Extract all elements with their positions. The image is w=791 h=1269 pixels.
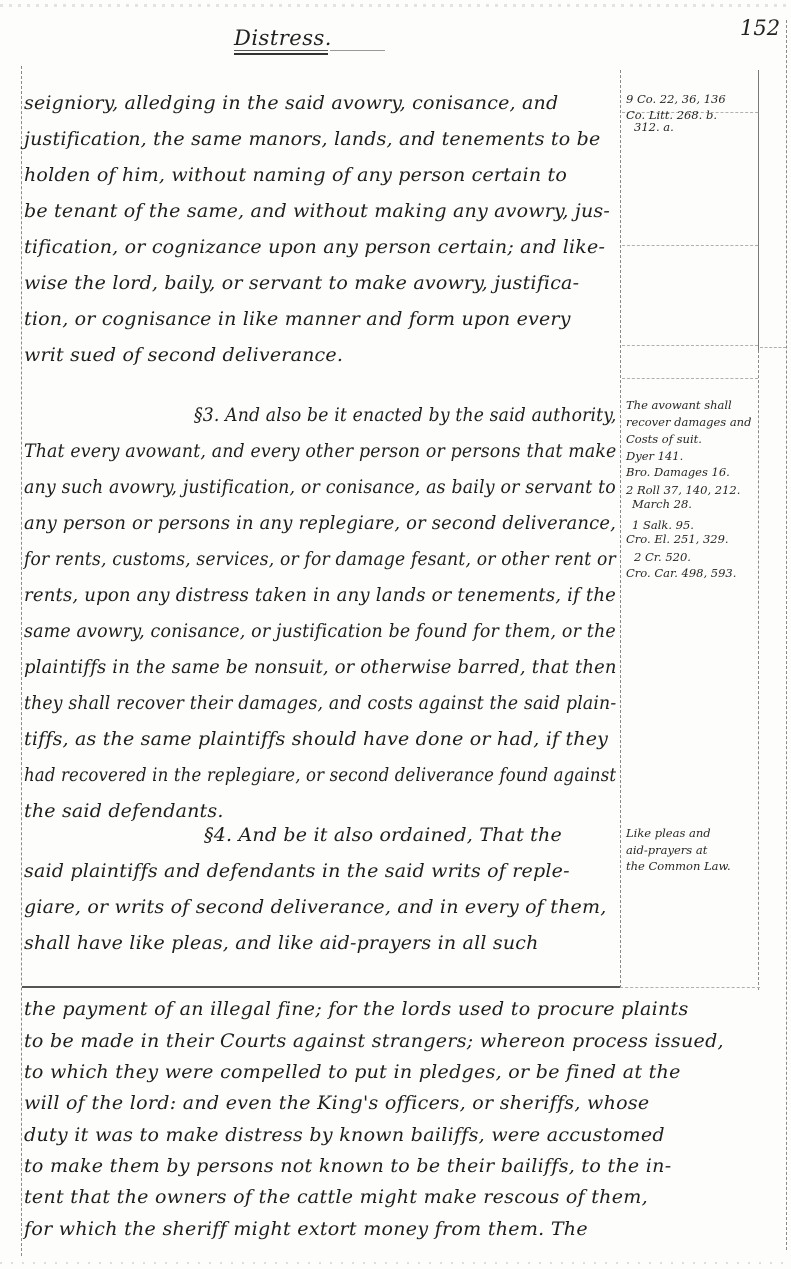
text-line: plaintiffs in the same be nonsuit, or ot… bbox=[24, 656, 617, 678]
text-line: tion, or cognisance in like manner and f… bbox=[24, 308, 571, 330]
text-line: had recovered in the replegiare, or seco… bbox=[24, 764, 616, 786]
footnote-line: to which they were compelled to put in p… bbox=[24, 1061, 681, 1083]
text-line: tification, or cognizance upon any perso… bbox=[24, 236, 605, 258]
title-underline-thin bbox=[234, 50, 328, 51]
text-line: for rents, customs, services, or for dam… bbox=[24, 548, 616, 570]
margin-note-line: Dyer 141. bbox=[626, 449, 683, 463]
text-line: wise the lord, baily, or servant to make… bbox=[24, 272, 579, 294]
scan-noise-bottom bbox=[0, 1262, 791, 1264]
scan-noise-top bbox=[0, 4, 791, 7]
text-line: rents, upon any distress taken in any la… bbox=[24, 584, 616, 606]
section-4-heading-line: §4. And be it also ordained, That the bbox=[204, 824, 562, 846]
footnote-line: for which the sheriff might extort money… bbox=[24, 1218, 588, 1240]
margin-note-line: 312. a. bbox=[634, 120, 674, 134]
footnote-line: duty it was to make distress by known ba… bbox=[24, 1124, 665, 1146]
text-line: That every avowant, and every other pers… bbox=[24, 440, 616, 462]
text-line: same avowry, conisance, or justification… bbox=[24, 620, 616, 642]
title-underline bbox=[234, 53, 328, 55]
margin-column-rule bbox=[620, 70, 621, 988]
footnote-divider bbox=[22, 986, 620, 988]
margin-ruling bbox=[622, 245, 758, 246]
margin-note-line: the Common Law. bbox=[626, 859, 731, 873]
margin-ruling bbox=[622, 378, 758, 379]
footnote-line: to make them by persons not known to be … bbox=[24, 1155, 671, 1177]
text-line: any person or persons in any replegiare,… bbox=[24, 512, 616, 534]
text-line: justification, the same manors, lands, a… bbox=[24, 128, 600, 150]
page-title: Distress. bbox=[234, 26, 332, 50]
text-line: be tenant of the same, and without makin… bbox=[24, 200, 610, 222]
footnote-divider-margin bbox=[620, 987, 760, 988]
left-margin-rule bbox=[21, 66, 22, 1256]
margin-ruling bbox=[622, 345, 758, 346]
margin-note-line: 1 Salk. 95. bbox=[632, 518, 694, 532]
margin-note-line: The avowant shall bbox=[626, 398, 732, 412]
margin-note-line: 2 Roll 37, 140, 212. bbox=[626, 483, 740, 497]
text-line: tiffs, as the same plaintiffs should hav… bbox=[24, 728, 608, 750]
right-column-rule-upper bbox=[758, 70, 759, 350]
section-3-heading-line: §3. And also be it enacted by the said a… bbox=[194, 404, 616, 426]
text-line: any such avowry, justification, or conis… bbox=[24, 476, 616, 498]
page-number: 152 bbox=[740, 16, 780, 40]
text-line: shall have like pleas, and like aid-pray… bbox=[24, 932, 539, 954]
footnote-line: to be made in their Courts against stran… bbox=[24, 1030, 724, 1052]
margin-note-line: Bro. Damages 16. bbox=[626, 465, 730, 479]
margin-note-line: 9 Co. 22, 36, 136 bbox=[626, 92, 726, 106]
margin-note-line: recover damages and bbox=[626, 415, 751, 429]
title-rule bbox=[330, 50, 385, 51]
margin-note-line: Like pleas and bbox=[626, 826, 711, 840]
margin-note-line: 2 Cr. 520. bbox=[634, 550, 691, 564]
page-edge-rule bbox=[786, 20, 787, 1250]
text-line: they shall recover their damages, and co… bbox=[24, 692, 616, 714]
footnote-line: the payment of an illegal fine; for the … bbox=[24, 998, 689, 1020]
text-line: said plaintiffs and defendants in the sa… bbox=[24, 860, 570, 882]
text-line: the said defendants. bbox=[24, 800, 224, 822]
footnote-line: will of the lord: and even the King's of… bbox=[24, 1092, 649, 1114]
margin-note-line: March 28. bbox=[632, 497, 692, 511]
margin-note-line: Cro. El. 251, 329. bbox=[626, 532, 729, 546]
manuscript-page: Distress. 152 seigniory, alledging in th… bbox=[0, 0, 791, 1269]
text-line: holden of him, without naming of any per… bbox=[24, 164, 567, 186]
margin-ruling bbox=[760, 347, 786, 348]
text-line: seigniory, alledging in the said avowry,… bbox=[24, 92, 558, 114]
margin-note-line: Cro. Car. 498, 593. bbox=[626, 566, 736, 580]
text-line: writ sued of second deliverance. bbox=[24, 344, 343, 366]
text-line: giare, or writs of second deliverance, a… bbox=[24, 896, 606, 918]
footnote-line: tent that the owners of the cattle might… bbox=[24, 1186, 648, 1208]
right-column-rule-lower bbox=[758, 350, 759, 990]
margin-note-line: Costs of suit. bbox=[626, 432, 702, 446]
margin-note-line: aid-prayers at bbox=[626, 843, 707, 857]
